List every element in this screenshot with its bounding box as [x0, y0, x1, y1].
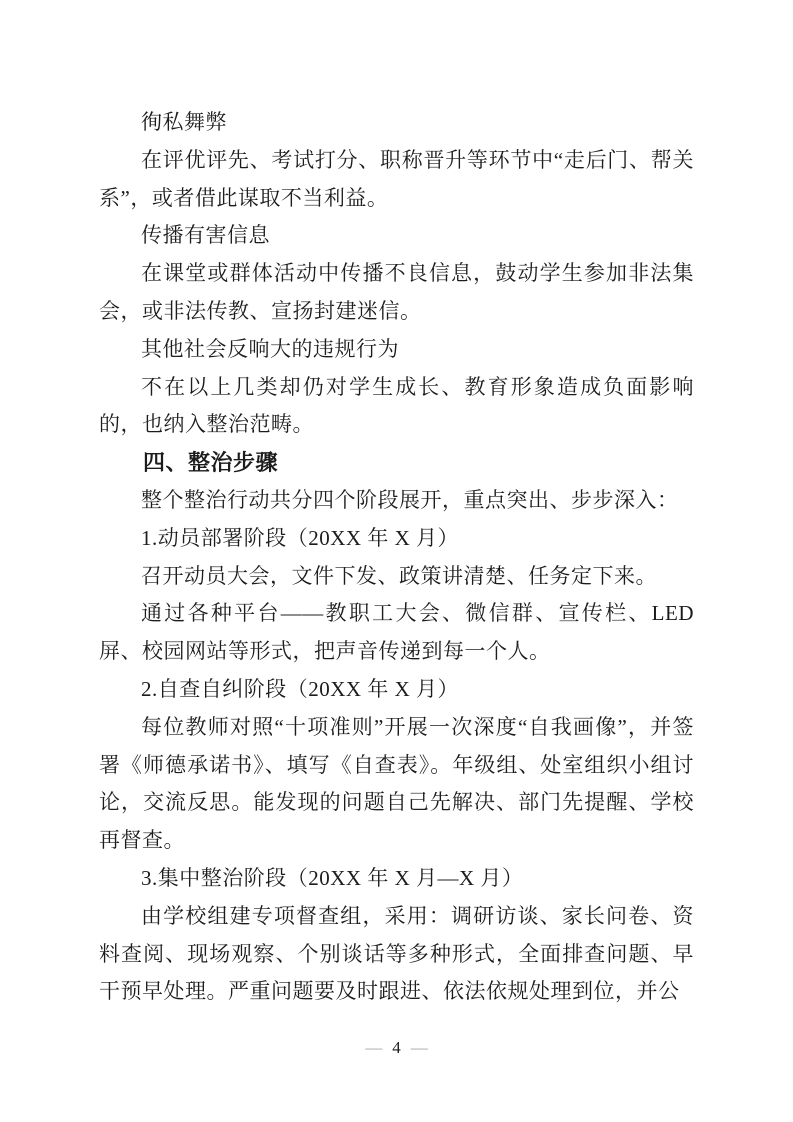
paragraph: 其他社会反响大的违规行为 — [99, 331, 694, 369]
paragraph: 传播有害信息 — [99, 217, 694, 255]
stage-heading-2: 2.自查自纠阶段（20XX 年 X 月） — [99, 671, 694, 709]
document-body: 徇私舞弊 在评优评先、考试打分、职称晋升等环节中“走后门、帮关系”，或者借此谋取… — [99, 104, 694, 1011]
paragraph: 徇私舞弊 — [99, 104, 694, 142]
paragraph: 召开动员大会，文件下发、政策讲清楚、任务定下来。 — [99, 558, 694, 596]
section-heading: 四、整治步骤 — [99, 444, 694, 482]
paragraph: 每位教师对照“十项准则”开展一次深度“自我画像”，并签署《师德承诺书》、填写《自… — [99, 709, 694, 860]
stage-heading-1: 1.动员部署阶段（20XX 年 X 月） — [99, 520, 694, 558]
footer-dash-left: — — [355, 1038, 392, 1057]
page-number: 4 — [392, 1038, 401, 1057]
page-footer: —4— — [0, 1036, 793, 1060]
stage-heading-3: 3.集中整治阶段（20XX 年 X 月—X 月） — [99, 860, 694, 898]
paragraph: 在评优评先、考试打分、职称晋升等环节中“走后门、帮关系”，或者借此谋取不当利益。 — [99, 142, 694, 218]
paragraph: 在课堂或群体活动中传播不良信息，鼓动学生参加非法集会，或非法传教、宣扬封建迷信。 — [99, 255, 694, 331]
paragraph: 不在以上几类却仍对学生成长、教育形象造成负面影响的，也纳入整治范畴。 — [99, 369, 694, 445]
paragraph: 整个整治行动共分四个阶段展开，重点突出、步步深入： — [99, 482, 694, 520]
document-page: 徇私舞弊 在评优评先、考试打分、职称晋升等环节中“走后门、帮关系”，或者借此谋取… — [0, 0, 793, 1122]
paragraph: 由学校组建专项督查组，采用：调研访谈、家长问卷、资料查阅、现场观察、个别谈话等多… — [99, 898, 694, 1011]
footer-dash-right: — — [401, 1038, 438, 1057]
paragraph: 通过各种平台——教职工大会、微信群、宣传栏、LED 屏、校园网站等形式，把声音传… — [99, 595, 694, 671]
